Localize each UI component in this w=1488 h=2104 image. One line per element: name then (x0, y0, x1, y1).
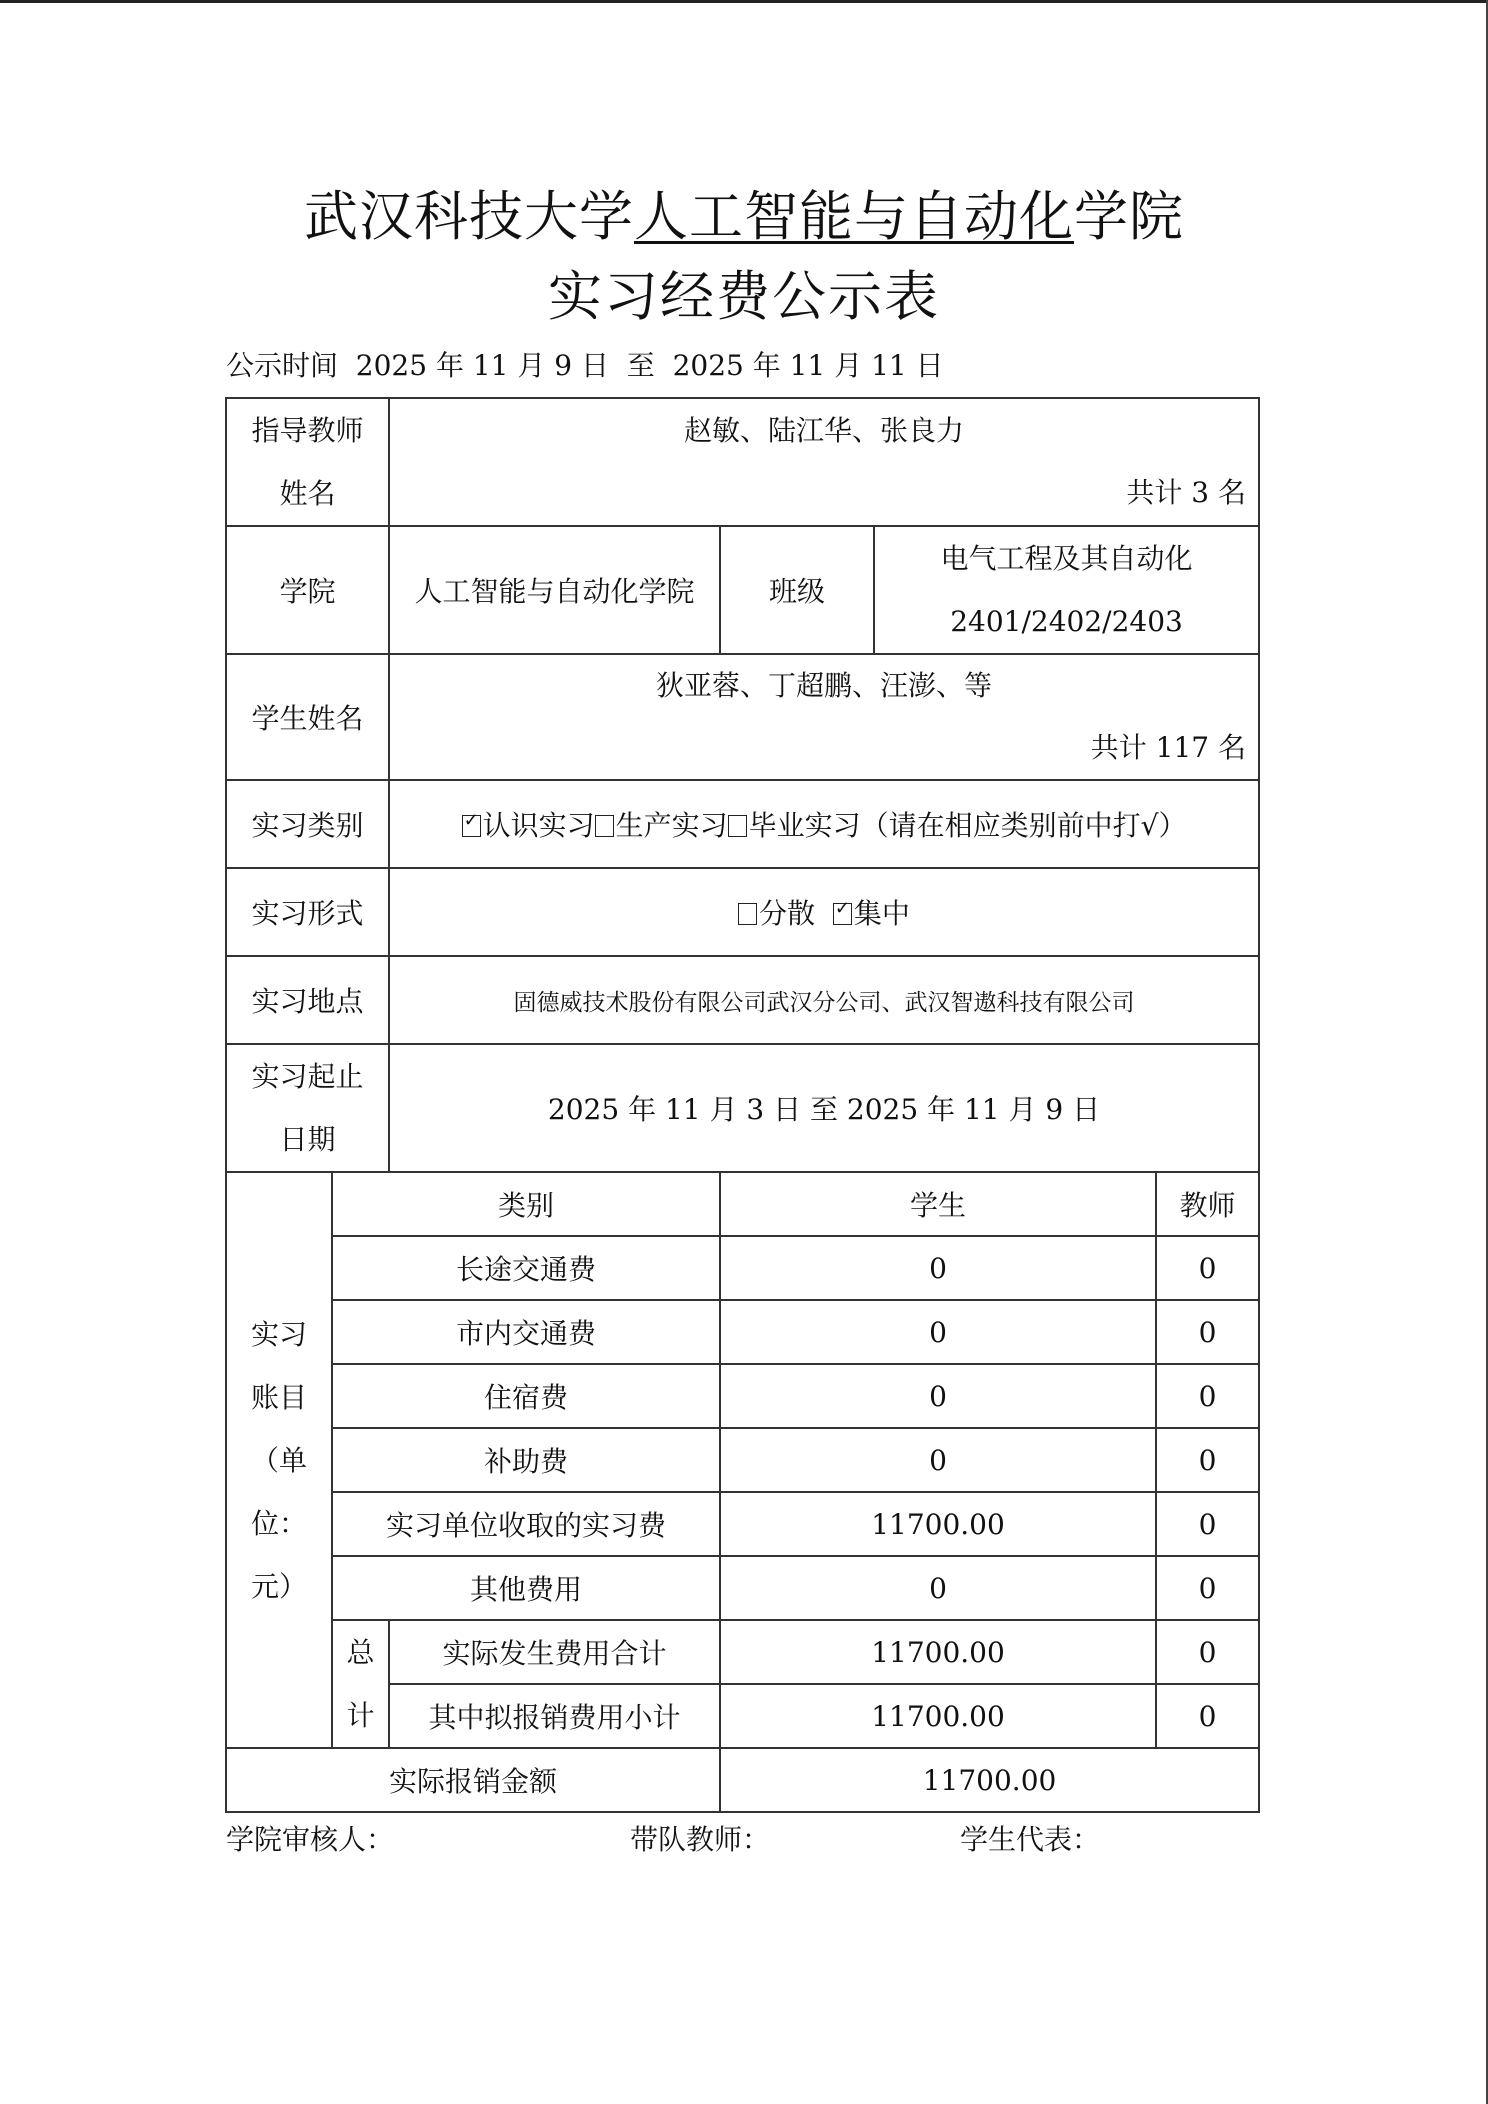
college-value: 人工智能与自动化学院 (389, 526, 720, 654)
dates-label-line1: 实习起止 (227, 1045, 388, 1108)
reimburse-label: 实际报销金额 (226, 1748, 720, 1812)
item-student: 0 (720, 1556, 1156, 1620)
item-category: 补助费 (332, 1428, 720, 1492)
item-student: 0 (720, 1300, 1156, 1364)
dates-label-line2: 日期 (227, 1108, 388, 1171)
teacher-names: 赵敏、陆江华、张良力 (390, 400, 1258, 462)
subtotal-teacher: 0 (1156, 1684, 1259, 1748)
teacher-label-line2: 姓名 (227, 462, 388, 525)
item-student: 0 (720, 1364, 1156, 1428)
option-fensan: 分散 (759, 897, 815, 930)
row-category: 实习类别 认识实习生产实习毕业实习（请在相应类别前中打√） (226, 780, 1259, 868)
row-location: 实习地点 固德威技术股份有限公司武汉分公司、武汉智遨科技有限公司 (226, 956, 1259, 1044)
location-label: 实习地点 (226, 956, 389, 1044)
header-student: 学生 (720, 1172, 1156, 1236)
header-category: 类别 (332, 1172, 720, 1236)
item-teacher: 0 (1156, 1364, 1259, 1428)
row-form: 实习形式 分散 集中 (226, 868, 1259, 956)
total-category: 实际发生费用合计 (389, 1620, 720, 1684)
row-college: 学院 人工智能与自动化学院 班级 电气工程及其自动化2401/2402/2403 (226, 526, 1259, 654)
total-label-2: 计 (333, 1684, 388, 1747)
class-value: 电气工程及其自动化2401/2402/2403 (874, 526, 1259, 654)
option-renshi: 认识实习 (483, 809, 595, 842)
table-row: 其他费用 0 0 (226, 1556, 1259, 1620)
row-students: 学生姓名 狄亚蓉、丁超鹏、汪澎、等 共计 117 名 (226, 654, 1259, 780)
total-student: 11700.00 (720, 1620, 1156, 1684)
total-row: 总计 实际发生费用合计 11700.00 0 (226, 1620, 1259, 1684)
reimburse-value: 11700.00 (720, 1748, 1259, 1812)
subtotal-category: 其中拟报销费用小计 (389, 1684, 720, 1748)
student-count: 共计 117 名 (390, 717, 1258, 779)
row-teacher: 指导教师姓名 赵敏、陆江华、张良力 共计 3 名 (226, 398, 1259, 526)
item-teacher: 0 (1156, 1300, 1259, 1364)
dates-value: 2025 年 11 月 3 日 至 2025 年 11 月 9 日 (389, 1044, 1259, 1172)
title-college-underlined: 人工智能与自动化 (634, 185, 1074, 248)
item-category: 长途交通费 (332, 1236, 720, 1300)
sig-lead-teacher: 带队教师： (630, 1820, 770, 1860)
class-label: 班级 (720, 526, 874, 654)
side-label-4: 位： (227, 1492, 331, 1555)
students-label: 学生姓名 (226, 654, 389, 780)
item-category: 实习单位收取的实习费 (332, 1492, 720, 1556)
item-teacher: 0 (1156, 1492, 1259, 1556)
header-teacher: 教师 (1156, 1172, 1259, 1236)
checkbox-fensan[interactable] (738, 903, 757, 925)
sig-reviewer: 学院审核人： (226, 1820, 394, 1860)
subtotal-student: 11700.00 (720, 1684, 1156, 1748)
table-row: 长途交通费 0 0 (226, 1236, 1259, 1300)
category-hint: （请在相应类别前中打√） (861, 809, 1187, 842)
option-jizhong: 集中 (854, 897, 910, 930)
total-label-1: 总 (333, 1621, 388, 1684)
accounts-side-label: 实习 账目 （单 位： 元） (226, 1172, 332, 1748)
total-label: 总计 (332, 1620, 389, 1748)
item-teacher: 0 (1156, 1428, 1259, 1492)
page-top-border (0, 0, 1488, 3)
dates-label: 实习起止日期 (226, 1044, 389, 1172)
item-category: 市内交通费 (332, 1300, 720, 1364)
title-university: 武汉科技大学 (304, 185, 634, 248)
form-options: 分散 集中 (389, 868, 1259, 956)
item-student: 0 (720, 1428, 1156, 1492)
reimburse-row: 实际报销金额 11700.00 (226, 1748, 1259, 1812)
category-options: 认识实习生产实习毕业实习（请在相应类别前中打√） (389, 780, 1259, 868)
category-label: 实习类别 (226, 780, 389, 868)
total-teacher: 0 (1156, 1620, 1259, 1684)
table-row: 实习单位收取的实习费 11700.00 0 (226, 1492, 1259, 1556)
teacher-label-line1: 指导教师 (227, 399, 388, 462)
accounts-header-row: 实习 账目 （单 位： 元） 类别 学生 教师 (226, 1172, 1259, 1236)
title-suffix: 学院 (1074, 185, 1184, 248)
item-student: 11700.00 (720, 1492, 1156, 1556)
student-names: 狄亚蓉、丁超鹏、汪澎、等 (390, 655, 1258, 717)
side-label-2: 账目 (227, 1366, 331, 1429)
teacher-count: 共计 3 名 (390, 462, 1258, 524)
expense-table: 指导教师姓名 赵敏、陆江华、张良力 共计 3 名 学院 人工智能与自动化学院 班… (225, 397, 1260, 1813)
item-teacher: 0 (1156, 1556, 1259, 1620)
sig-student-rep: 学生代表： (960, 1820, 1100, 1860)
location-value: 固德威技术股份有限公司武汉分公司、武汉智遨科技有限公司 (389, 956, 1259, 1044)
side-label-3: （单 (227, 1429, 331, 1492)
side-label-1: 实习 (227, 1303, 331, 1366)
table-row: 住宿费 0 0 (226, 1364, 1259, 1428)
table-row: 补助费 0 0 (226, 1428, 1259, 1492)
page-title: 武汉科技大学人工智能与自动化学院 (0, 182, 1488, 252)
form-label: 实习形式 (226, 868, 389, 956)
side-label-5: 元） (227, 1555, 331, 1618)
option-shengchan: 生产实习 (616, 809, 728, 842)
publish-time: 公示时间 2025 年 11 月 9 日 至 2025 年 11 月 11 日 (226, 348, 944, 384)
item-teacher: 0 (1156, 1236, 1259, 1300)
row-dates: 实习起止日期 2025 年 11 月 3 日 至 2025 年 11 月 9 日 (226, 1044, 1259, 1172)
item-category: 住宿费 (332, 1364, 720, 1428)
page-subtitle: 实习经费公示表 (0, 262, 1488, 332)
college-label: 学院 (226, 526, 389, 654)
checkbox-renshi-checked[interactable] (462, 815, 481, 837)
checkbox-biye[interactable] (728, 815, 747, 837)
teacher-label: 指导教师姓名 (226, 398, 389, 526)
option-biye: 毕业实习 (749, 809, 861, 842)
teacher-value: 赵敏、陆江华、张良力 共计 3 名 (389, 398, 1259, 526)
class-major: 电气工程及其自动化 (875, 527, 1258, 590)
item-category: 其他费用 (332, 1556, 720, 1620)
table-row: 市内交通费 0 0 (226, 1300, 1259, 1364)
checkbox-jizhong-checked[interactable] (833, 903, 852, 925)
checkbox-shengchan[interactable] (595, 815, 614, 837)
students-value: 狄亚蓉、丁超鹏、汪澎、等 共计 117 名 (389, 654, 1259, 780)
class-numbers: 2401/2402/2403 (875, 590, 1258, 653)
item-student: 0 (720, 1236, 1156, 1300)
